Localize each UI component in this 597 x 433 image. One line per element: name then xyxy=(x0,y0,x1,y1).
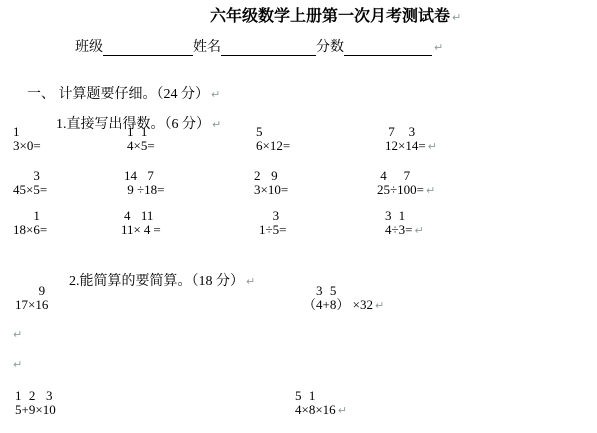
fraction-numerator: 3 xyxy=(316,284,323,298)
fraction-numerator: 7 xyxy=(404,169,411,183)
fraction-denominator: 10 xyxy=(268,183,281,197)
fraction: 114 xyxy=(141,209,154,237)
math-text: ÷ xyxy=(137,183,144,197)
fraction-numerator: 1 xyxy=(15,389,22,403)
math-text: = xyxy=(153,223,160,237)
math-expression: 17×916 xyxy=(15,284,48,312)
math-expression: （34+58） ×32↵ xyxy=(303,284,384,312)
math-text: = xyxy=(40,183,47,197)
math-expression: 411×114= xyxy=(121,209,161,237)
fraction-numerator: 7 xyxy=(388,125,395,139)
fraction-numerator: 1 xyxy=(399,209,406,223)
fraction-denominator: 10 xyxy=(43,403,56,417)
paragraph-mark-icon: ↵ xyxy=(13,358,22,371)
math-text: （ xyxy=(303,298,316,312)
paragraph-mark-icon: ↵ xyxy=(13,328,22,341)
fraction: 411 xyxy=(121,209,134,237)
student-info-line: 班级姓名分数↵ xyxy=(75,36,443,56)
fraction-numerator: 2 xyxy=(254,169,261,183)
exam-paper: 六年级数学上册第一次月考测试卷↵ 班级姓名分数↵ 一、 计算题要仔细。（24 分… xyxy=(0,0,597,433)
fraction: 310 xyxy=(43,389,56,417)
math-expression: 1÷35= xyxy=(259,209,286,237)
fraction-numerator: 3 xyxy=(33,169,40,183)
fraction-denominator: 100 xyxy=(397,183,417,197)
math-text: ÷ xyxy=(390,183,397,197)
fraction-numerator: 1 xyxy=(13,125,20,139)
name-label: 姓名 xyxy=(193,40,221,55)
math-text: = xyxy=(157,183,164,197)
math-expression: 712×314=↵ xyxy=(385,125,437,153)
math-expression: 425÷7100=↵ xyxy=(377,169,435,197)
fraction-numerator: 14 xyxy=(124,169,137,183)
title-line: 六年级数学上册第一次月考测试卷↵ xyxy=(210,3,461,26)
fraction-numerator: 1 xyxy=(33,209,40,223)
fraction-denominator: 9 xyxy=(127,183,134,197)
paragraph-mark-icon: ↵ xyxy=(246,275,255,288)
math-expression: 149÷718= xyxy=(124,169,164,197)
class-label: 班级 xyxy=(75,40,103,55)
paragraph-mark-icon: ↵ xyxy=(428,140,437,153)
section2-heading-text: 2.能简算的要简算。（18 分） xyxy=(69,274,244,289)
fraction-denominator: 18 xyxy=(144,183,157,197)
fraction: 712 xyxy=(385,125,398,153)
fraction-numerator: 4 xyxy=(380,169,387,183)
fraction-numerator: 1 xyxy=(309,389,316,403)
fraction: 910 xyxy=(268,169,281,197)
math-text: × xyxy=(134,139,141,153)
math-text: = xyxy=(405,223,412,237)
math-expression: 54×18×16↵ xyxy=(295,389,347,417)
math-text: + xyxy=(323,298,330,312)
fraction-numerator: 1 xyxy=(127,125,134,139)
paragraph-mark-icon: ↵ xyxy=(375,299,384,312)
fraction-numerator: 2 xyxy=(29,389,36,403)
fraction: 149 xyxy=(124,169,137,197)
section2-heading: 2.能简算的要简算。（18 分）↵ xyxy=(55,253,255,310)
fraction-denominator: 12 xyxy=(385,139,398,153)
fraction-numerator: 3 xyxy=(273,209,280,223)
math-text: ×16 xyxy=(315,403,335,417)
fraction-numerator: 9 xyxy=(271,169,278,183)
math-text: = xyxy=(281,183,288,197)
math-text: + xyxy=(22,403,29,417)
fraction-numerator: 4 xyxy=(124,209,131,223)
fraction: 7100 xyxy=(397,169,417,197)
paragraph-mark-icon: ↵ xyxy=(452,11,461,24)
math-text: ×0= xyxy=(20,139,41,153)
fraction-numerator: 9 xyxy=(39,284,46,298)
paragraph-mark-icon: ↵ xyxy=(414,224,423,237)
score-blank xyxy=(344,40,432,56)
fraction-numerator: 5 xyxy=(295,389,302,403)
fraction-numerator: 7 xyxy=(147,169,154,183)
math-text: ×12= xyxy=(263,139,291,153)
math-text: × xyxy=(261,183,268,197)
math-text: 17× xyxy=(15,298,35,312)
math-text: ÷ xyxy=(392,223,399,237)
fraction-denominator: 25 xyxy=(377,183,390,197)
math-expression: 23×910= xyxy=(254,169,288,197)
fraction-numerator: 3 xyxy=(46,389,53,403)
math-text: × xyxy=(35,403,42,417)
fraction: 916 xyxy=(35,284,48,312)
fraction: 314 xyxy=(405,125,418,153)
paragraph-mark-icon: ↵ xyxy=(426,184,435,197)
math-expression: 45×35= xyxy=(13,169,47,197)
math-text: × xyxy=(398,139,405,153)
math-text: = xyxy=(279,223,286,237)
fraction-numerator: 5 xyxy=(256,125,263,139)
fraction-denominator: 11 xyxy=(121,223,134,237)
math-text: 45× xyxy=(13,183,33,197)
math-text: × xyxy=(302,403,309,417)
paragraph-mark-icon: ↵ xyxy=(434,41,443,54)
fraction-denominator: 14 xyxy=(405,139,418,153)
page-title: 六年级数学上册第一次月考测试卷 xyxy=(210,8,450,25)
fraction: 425 xyxy=(377,169,390,197)
paragraph-mark-icon: ↵ xyxy=(212,118,221,131)
math-expression: 15+29×310 xyxy=(15,389,56,417)
math-expression: 14×15= xyxy=(127,125,155,153)
fraction: 718 xyxy=(144,169,157,197)
math-text: = xyxy=(147,139,154,153)
math-expression: 18×16= xyxy=(13,209,47,237)
class-blank xyxy=(103,40,193,56)
math-text: 18× xyxy=(13,223,33,237)
name-blank xyxy=(221,40,316,56)
fraction-denominator: 16 xyxy=(35,298,48,312)
score-label: 分数 xyxy=(316,40,344,55)
fraction-numerator: 1 xyxy=(141,125,148,139)
fraction-numerator: 3 xyxy=(385,209,392,223)
fraction-numerator: 3 xyxy=(409,125,416,139)
math-text: ） ×32 xyxy=(336,298,373,312)
fraction-denominator: 4 xyxy=(144,223,151,237)
fraction-numerator: 11 xyxy=(141,209,154,223)
math-text: = xyxy=(417,183,424,197)
math-expression: 34÷13=↵ xyxy=(385,209,424,237)
fraction-numerator: 5 xyxy=(330,284,337,298)
math-expression: 56×12= xyxy=(256,125,290,153)
math-expression: 13×0= xyxy=(13,125,41,153)
math-text: 1÷ xyxy=(259,223,273,237)
math-text: × xyxy=(134,223,141,237)
math-text: = xyxy=(40,223,47,237)
math-text: = xyxy=(418,139,425,153)
paragraph-mark-icon: ↵ xyxy=(338,404,347,417)
